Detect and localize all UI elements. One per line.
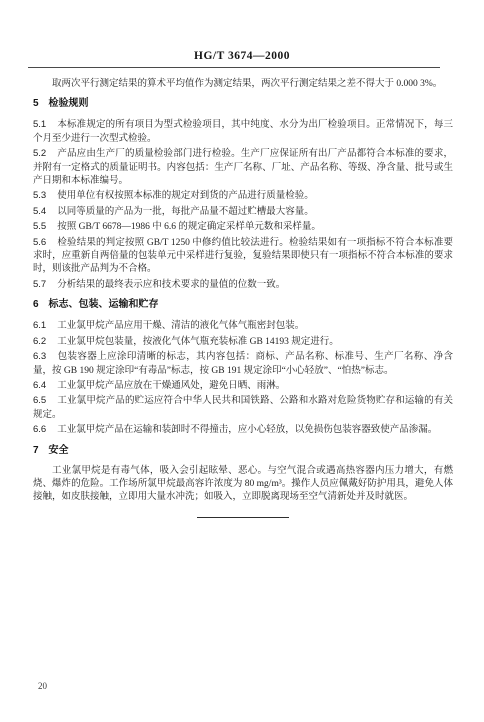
clause-text: 产品应由生产厂的质量检验部门进行检验。生产厂应保证所有出厂产品都符合本标准的要求… — [33, 149, 453, 186]
clause-text: 检验结果的判定按照 GB/T 1250 中修约值比较法进行。检验结果如有一项指标… — [33, 238, 453, 275]
clause-text: 工业氯甲烷产品应放在干燥通风处，避免日晒、雨淋。 — [57, 381, 285, 391]
clause-text: 以同等质量的产品为一批，每批产品量不超过贮槽最大容量。 — [57, 207, 314, 217]
clause-number: 5.5 — [33, 221, 46, 232]
clause-5-6: 5.6检验结果的判定按照 GB/T 1250 中修约值比较法进行。检验结果如有一… — [33, 236, 453, 277]
clause-5-3: 5.3使用单位有权按照本标准的规定对到货的产品进行质量检验。 — [33, 189, 453, 203]
clause-6-4: 6.4工业氯甲烷产品应放在干燥通风处，避免日晒、雨淋。 — [33, 379, 453, 393]
standard-number-header: HG/T 3674—2000 — [0, 50, 484, 63]
clause-number: 5.1 — [33, 119, 46, 130]
clause-number: 5.7 — [33, 279, 46, 290]
clause-number: 5.2 — [33, 148, 46, 159]
standard-number: HG/T 3674—2000 — [194, 50, 290, 62]
header-rule — [28, 67, 440, 68]
clause-text: 按照 GB/T 6678—1986 中 6.6 的规定确定采样单元数和采样量。 — [57, 222, 321, 232]
clause-number: 6.5 — [33, 395, 46, 406]
clause-6-5: 6.5工业氯甲烷产品的贮运应符合中华人民共和国铁路、公路和水路对危险货物贮存和运… — [33, 394, 453, 422]
clause-6-6: 6.6工业氯甲烷产品在运输和装卸时不得撞击，应小心轻放，以免损伤包装容器致使产品… — [33, 423, 453, 437]
clause-6-2: 6.2工业氯甲烷包装量，按液化气体气瓶充装标准 GB 14193 规定进行。 — [33, 335, 453, 349]
clause-number: 5.6 — [33, 237, 46, 248]
clause-6-1: 6.1工业氯甲烷产品应用干燥、清洁的液化气体气瓶密封包装。 — [33, 319, 453, 333]
section-5-heading: 5 检验规则 — [33, 98, 453, 110]
clause-number: 5.4 — [33, 206, 46, 217]
page-number: 20 — [38, 681, 47, 691]
section-6-heading: 6 标志、包装、运输和贮存 — [33, 299, 453, 311]
end-of-document-rule — [197, 517, 289, 518]
clause-5-4: 5.4以同等质量的产品为一批，每批产品量不超过贮槽最大容量。 — [33, 205, 453, 219]
document-body: 取两次平行测定结果的算术平均值作为测定结果，两次平行测定结果之差不得大于 0.0… — [33, 78, 453, 518]
clause-5-7: 5.7分析结果的最终表示应和技术要求的量值的位数一致。 — [33, 278, 453, 292]
intro-paragraph: 取两次平行测定结果的算术平均值作为测定结果，两次平行测定结果之差不得大于 0.0… — [33, 78, 453, 91]
clause-number: 6.6 — [33, 424, 46, 435]
document-page: HG/T 3674—2000 取两次平行测定结果的算术平均值作为测定结果，两次平… — [0, 0, 484, 722]
clause-text: 工业氯甲烷产品在运输和装卸时不得撞击，应小心轻放，以免损伤包装容器致使产品渗漏。 — [57, 425, 437, 435]
clause-text: 本标准规定的所有项目为型式检验项目，其中纯度、水分为出厂检验项目。正常情况下，每… — [33, 120, 453, 143]
clause-text: 工业氯甲烷包装量，按液化气体气瓶充装标准 GB 14193 规定进行。 — [57, 337, 339, 347]
clause-number: 6.2 — [33, 336, 46, 347]
clause-number: 6.4 — [33, 380, 46, 391]
safety-paragraph: 工业氯甲烷是有毒气体，吸入会引起眩晕、恶心。与空气混合或遇高热容器内压力增大，有… — [33, 465, 453, 505]
clause-number: 6.1 — [33, 320, 46, 331]
clause-text: 工业氯甲烷产品的贮运应符合中华人民共和国铁路、公路和水路对危险货物贮存和运输的有… — [33, 396, 453, 419]
clause-5-1: 5.1本标准规定的所有项目为型式检验项目，其中纯度、水分为出厂检验项目。正常情况… — [33, 118, 453, 146]
clause-number: 6.3 — [33, 351, 46, 362]
clause-text: 工业氯甲烷产品应用干燥、清洁的液化气体气瓶密封包装。 — [57, 321, 304, 331]
clause-6-3: 6.3包装容器上应涂印清晰的标志，其内容包括：商标、产品名称、标准号、生产厂名称… — [33, 350, 453, 378]
clause-5-5: 5.5按照 GB/T 6678—1986 中 6.6 的规定确定采样单元数和采样… — [33, 220, 453, 234]
clause-text: 使用单位有权按照本标准的规定对到货的产品进行质量检验。 — [57, 191, 314, 201]
clause-text: 包装容器上应涂印清晰的标志，其内容包括：商标、产品名称、标准号、生产厂名称、净含… — [33, 352, 453, 375]
clause-number: 5.3 — [33, 190, 46, 201]
section-7-heading: 7 安全 — [33, 445, 453, 457]
clause-5-2: 5.2产品应由生产厂的质量检验部门进行检验。生产厂应保证所有出厂产品都符合本标准… — [33, 147, 453, 188]
clause-text: 分析结果的最终表示应和技术要求的量值的位数一致。 — [57, 280, 285, 290]
